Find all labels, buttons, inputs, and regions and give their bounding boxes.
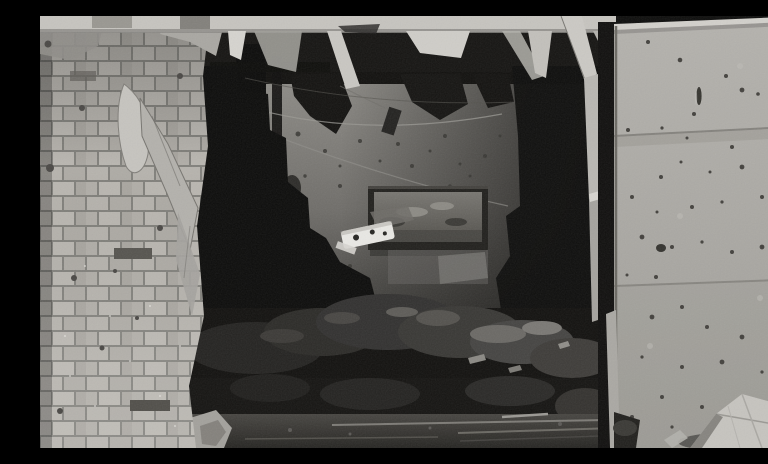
interior-room	[187, 30, 618, 448]
war-damage-photo: Destroyed building interior seen through…	[40, 16, 768, 448]
dark-inset-brick	[130, 400, 170, 411]
floor	[190, 410, 618, 448]
dark-inset-brick	[114, 248, 152, 259]
photo-canvas: Destroyed building interior seen through…	[40, 16, 768, 448]
right-metal-panel	[606, 16, 768, 448]
